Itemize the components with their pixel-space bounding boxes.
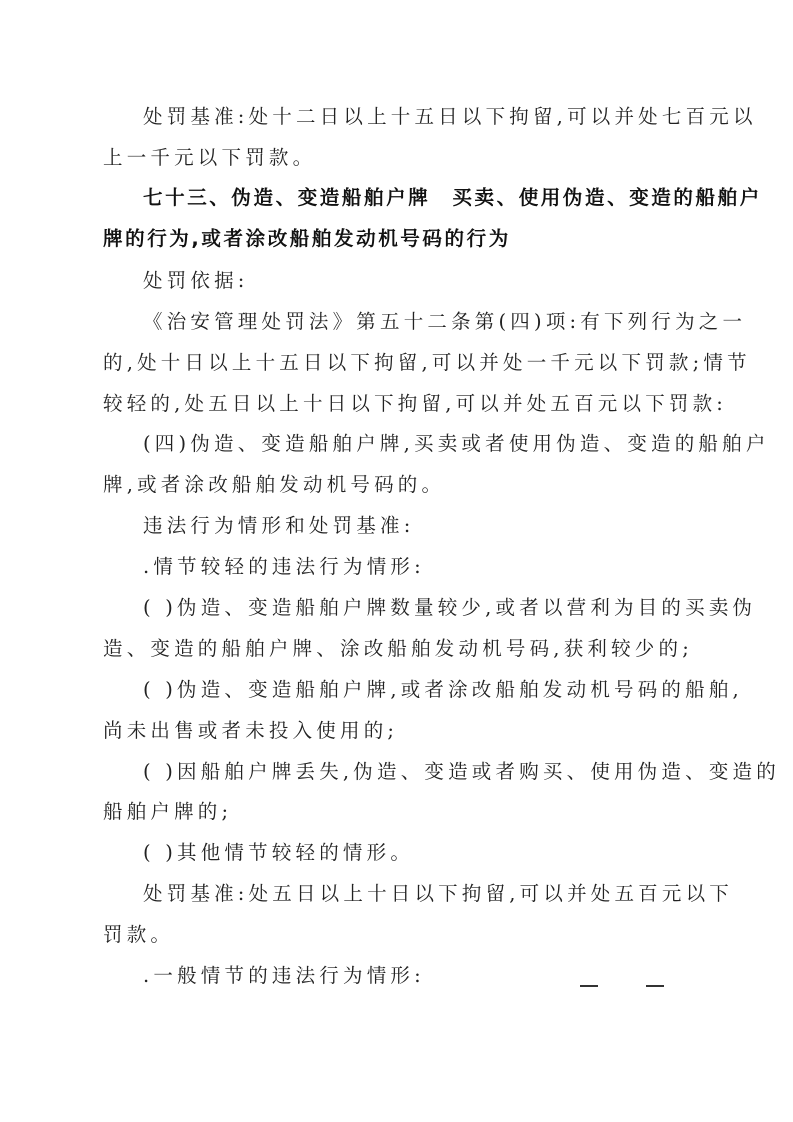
clause-item: (四)伪造、变造船舶户牌,买卖或者使用伪造、变造的船舶户: [143, 432, 733, 456]
text-line: 尚未出售或者未投入使用的;: [103, 719, 693, 743]
text-line: 上一千元以下罚款。: [103, 146, 693, 170]
list-item: ( )其他情节较轻的情形。: [143, 841, 733, 865]
document-page: 处罚基准:处十二日以上十五日以下拘留,可以并处七百元以 上一千元以下罚款。 七十…: [0, 0, 793, 1122]
text-line: 较轻的,处五日以上十日以下拘留,可以并处五百元以下罚款:: [103, 392, 693, 416]
list-item: ( )因船舶户牌丢失,伪造、变造或者购买、使用伪造、变造的: [143, 760, 733, 784]
section-heading-cont: 牌的行为,或者涂改船舶发动机号码的行为: [103, 227, 693, 251]
text-line: 造、变造的船舶户牌、涂改船舶发动机号码,获利较少的;: [103, 637, 693, 661]
section-heading: 七十三、伪造、变造船舶户牌 买卖、使用伪造、变造的船舶户: [143, 186, 733, 210]
list-item: ( )伪造、变造船舶户牌,或者涂改船舶发动机号码的船舶,: [143, 678, 733, 702]
text-line: 牌,或者涂改船舶发动机号码的。: [103, 473, 693, 497]
penalty-standard-line: 处罚基准:处十二日以上十五日以下拘留,可以并处七百元以: [143, 105, 733, 129]
text-line: 船舶户牌的;: [103, 800, 693, 824]
minor-circumstances-heading: .情节较轻的违法行为情形:: [143, 555, 733, 579]
list-item: ( )伪造、变造船舶户牌数量较少,或者以营利为目的买卖伪: [143, 596, 733, 620]
general-circumstances-heading: .一般情节的违法行为情形:: [143, 964, 733, 988]
penalty-standard-line: 处罚基准:处五日以上十日以下拘留,可以并处五百元以下: [143, 882, 733, 906]
page-number-dash-right: [646, 985, 664, 987]
law-citation: 《治安管理处罚法》第五十二条第(四)项:有下列行为之一: [143, 310, 733, 334]
penalty-basis-label: 处罚依据:: [143, 269, 733, 293]
text-line: 的,处十日以上十五日以下拘留,可以并处一千元以下罚款;情节: [103, 351, 693, 375]
text-line: 罚款。: [103, 923, 693, 947]
page-number-dash-left: [580, 985, 598, 987]
circumstances-label: 违法行为情形和处罚基准:: [143, 514, 733, 538]
